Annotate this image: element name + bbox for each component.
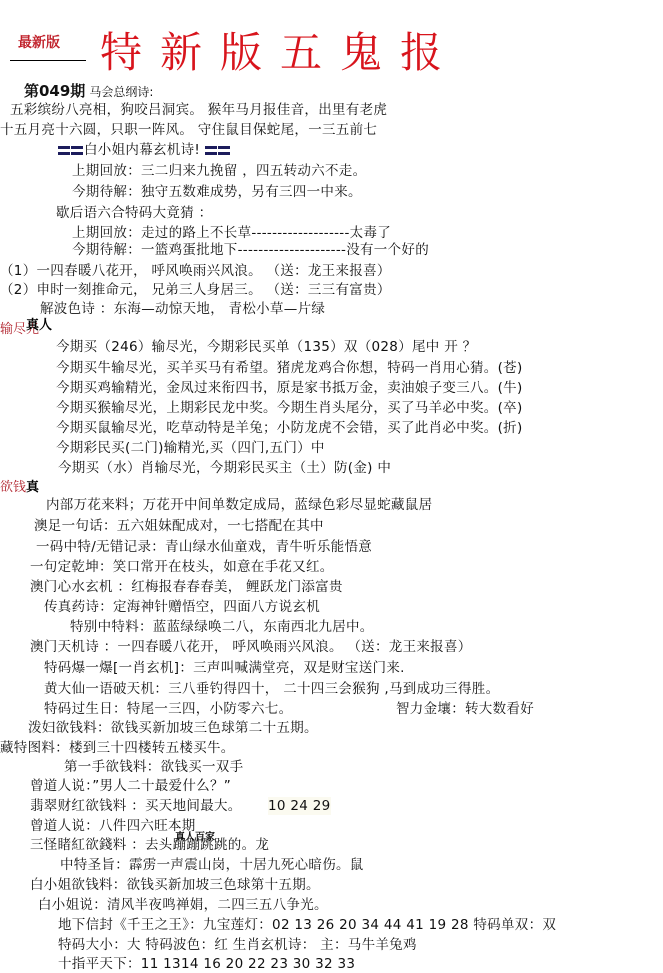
issue-number: 第049期 — [24, 82, 85, 100]
lose-line: 今期买（246）输尽光，今期彩民买单（135）双（028）尾中 开 ？ — [56, 338, 476, 356]
poem-line-1: 五彩缤纷八亮相，狗咬吕洞宾。 猴年马月报佳音，出里有老虎 — [10, 101, 387, 119]
bai-heading-text: 白小姐内幕玄机诗! — [84, 142, 200, 158]
issue-subtitle: 马会总纲诗: — [89, 85, 153, 99]
lose-section-label: 输尽光 真人 — [0, 318, 39, 337]
money-line: 一码中特/无错记录：青山绿水仙童戏，青牛听乐能悟意 — [36, 538, 372, 556]
lose-line: 今期买猴输尽光，上期彩民龙中奖。今期生肖头尾分，买了马羊必中奖。(卒) — [56, 399, 523, 417]
money-line: 澳足一句话：五六姐妹配成对，一七搭配在其中 — [34, 517, 324, 535]
money-line: 白小姐说：清风半夜鸣禅娟，二四三五八争光。 — [38, 896, 328, 914]
lose-line: 今期买鼠输尽光，吃草动特是羊兔；小防龙虎不会错，买了此肖必中奖。(折) — [56, 419, 523, 437]
double-bar-icon — [218, 146, 230, 155]
money-line: 曾道人说：八件四六旺本期 — [30, 817, 196, 835]
lose-line: 今期买牛输尽光，买羊买马有希望。猪虎龙鸡合你想，特码一肖用心猜。(苍) — [56, 359, 523, 377]
lose-line: 今期买（水）肖输尽光，今期彩民买主（土）防(金) 中 — [58, 459, 391, 477]
money-line: 特码过生日：特尾一三四，小防零六七。 — [44, 700, 292, 718]
item-2: （2）申时一刻推命元， 兄弟三人身居三。 （送：三三有富贵） — [0, 281, 391, 299]
overlay-label: 真人 — [26, 314, 52, 333]
poem-line-2: 十五月亮十六圆，只职一阵风。 守住鼠目保蛇尾，一三五前七 — [0, 121, 377, 139]
money-line: 曾道人说：”男人二十最爱什么？” — [30, 777, 231, 795]
money-line: 十指平天下：11 1314 16 20 22 23 30 32 33 — [58, 955, 355, 973]
money-line: 内部万花来料；万花开中间单数定成局，蓝绿色彩尽显蛇藏鼠居 — [46, 496, 432, 514]
money-line: 白小姐欲钱料：欲钱买新加坡三色球第十五期。 — [30, 876, 320, 894]
riddle-heading: 歇后语六合特码大竟猜 ： — [56, 204, 212, 222]
money-line: 澳门心水玄机 ：红梅报春春春美， 鲤跃龙门添富贵 — [30, 578, 343, 596]
wave-poem: 解波色诗 ：东海—动惊天地， 青松小草—片绿 — [40, 300, 325, 318]
money-line: 智力金壤：转大数看好 — [396, 700, 534, 718]
money-line: 地下信封《千王之王》：九宝莲灯：02 13 26 20 34 44 41 19 … — [58, 916, 556, 934]
money-line: 一句定乾坤：笑口常开在枝头，如意在手花又红。 — [30, 558, 334, 576]
money-line: 澳门天机诗 ：一四春暖八花开， 呼风唤雨兴风浪。 （送：龙王来报喜） — [30, 638, 472, 656]
bai-this-issue: 今期待解：独守五数难成势，另有三四一中来。 — [72, 183, 362, 201]
money-line: 特码大小：大 特码波色：红 生肖玄机诗： 主：马牛羊兔鸡 — [58, 936, 417, 954]
bai-last-review: 上期回放：三二归来九挽留 ，四五转动六不走。 — [72, 162, 366, 180]
riddle-this: 今期待解：一篮鸡蛋批地下---------------------没有一个好的 — [72, 241, 429, 259]
money-line: 第一手欲钱料：欲钱买一双手 — [64, 758, 243, 776]
lose-line: 今期买鸡输精光，金凤过来衔四书，原是家书抵万金，卖油娘子变三八。(牛) — [56, 379, 523, 397]
money-line: 黄大仙一语破天机：三八垂钓得四十， 二十四三会猴狗 ,马到成功三得胜。 — [44, 680, 499, 698]
double-bar-icon — [71, 146, 83, 155]
money-line: 特别中特料：蓝蓝绿绿唤二八，东南西北九居中。 — [70, 618, 374, 636]
money-line: 特码爆一爆[一肖玄机]：三声叫喊满堂亮，双是财宝送门来. — [44, 659, 405, 677]
latest-edition-badge: 最新版 — [18, 32, 60, 52]
money-line: 传真药诗：定海神针赠悟空，四面八方说玄机 — [44, 598, 320, 616]
money-line: 翡翠财红欲钱料 ：买天地间最大。 — [30, 797, 242, 815]
money-line: 泼妇欲钱料：欲钱买新加坡三色球第二十五期。 — [28, 719, 318, 737]
red-label: 欲钱 — [0, 480, 26, 495]
lose-line: 今期彩民买(二门)输精光,买（四门,五门）中 — [56, 439, 325, 457]
item-1: （1）一四春暖八花开， 呼风唤雨兴风浪。 （送：龙王来报喜） — [0, 262, 391, 280]
page-title: 特新版五鬼报 — [100, 20, 460, 80]
header-divider — [10, 60, 86, 61]
money-line: 藏特图料：楼到三十四楼转五楼买牛。 — [0, 739, 235, 757]
money-section-label: 欲钱真 — [0, 476, 39, 495]
money-line: 中特圣旨：霹雳一声震山岗，十居九死心暗伤。鼠 — [60, 856, 364, 874]
riddle-last: 上期回放：走过的路上不长草-------------------太毒了 — [72, 224, 391, 242]
overlay-label: 真 — [26, 480, 39, 495]
money-line: 三怪睹紅欲錢料 ：去头蹦蹦跳跳的。龙 — [30, 836, 269, 854]
double-bar-icon — [58, 146, 70, 155]
bai-heading: 白小姐内幕玄机诗! — [58, 141, 231, 159]
issue-heading: 第049期马会总纲诗: — [24, 80, 153, 101]
lucky-numbers: 10 24 29 — [268, 797, 331, 815]
double-bar-icon — [205, 146, 217, 155]
